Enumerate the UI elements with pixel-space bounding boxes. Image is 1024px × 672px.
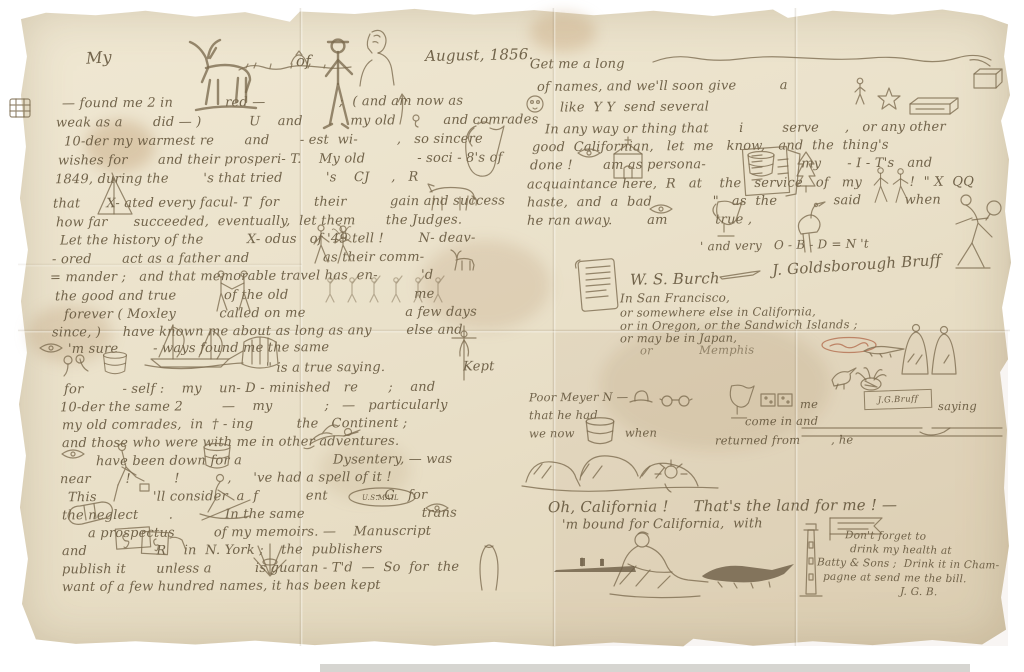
header-date: August, 1856. — [425, 45, 534, 65]
scroll-note-sketch-icon — [572, 254, 624, 318]
torso-sketch-icon — [472, 540, 506, 592]
standing-man-sketch-icon — [316, 36, 362, 142]
barrel-sketch-icon — [744, 150, 778, 180]
corn-sheaf-sketch-icon — [250, 538, 290, 580]
big-alligator-sketch-icon — [698, 560, 798, 588]
note-line: Poor Meyer N — — [529, 390, 628, 405]
bruff-stamp-label: J.G.Bruff — [878, 394, 919, 405]
schooner-sketch-icon — [143, 315, 245, 375]
walking-pair-sketch-icon — [866, 162, 916, 210]
pine-tree-sketch-icon — [793, 148, 819, 194]
address-line: In San Francisco, — [620, 291, 730, 306]
letter-line: for - self : my un- D - minished re ; an… — [64, 380, 435, 398]
letter-line: of names, and we'll soon give a — [537, 78, 788, 95]
pitcher-sketch-icon — [458, 118, 504, 184]
letter-line: and R in N. York ; the publishers — [62, 542, 383, 559]
star-sketch-icon — [876, 86, 902, 112]
crucifix-sketch-icon — [448, 322, 480, 384]
boy-figure-sketch-icon — [850, 76, 870, 106]
rowing-figure-sketch-icon — [194, 468, 256, 526]
corner-box-sketch-icon — [968, 66, 1004, 92]
letter-line: forever ( Moxley called on me a few days — [64, 305, 477, 323]
letter-photograph: My of August, 1856. — found me 2 in red … — [0, 0, 1024, 672]
spectacles-sketch-icon — [658, 392, 694, 408]
two-ladies-sketch-icon — [896, 318, 964, 382]
tent-sketch-icon — [92, 172, 137, 220]
flag-note-sketch-icon — [826, 514, 888, 542]
books-sketch-icon — [906, 92, 964, 120]
sprig-sketch-icon — [392, 88, 432, 128]
bruff-stamp-icon: J.G.Bruff — [864, 389, 933, 410]
canoe-line-sketch-icon — [800, 414, 1005, 442]
tennis-runner-sketch-icon — [936, 188, 1006, 272]
steamboat-sketch-icon — [552, 556, 640, 576]
hat-sketch-icon — [626, 386, 656, 406]
stork-sketch-icon — [783, 196, 827, 256]
small-deer-sketch-icon — [448, 248, 482, 276]
marching-soldiers-sketch-icon — [322, 274, 452, 304]
horse-sketch-icon — [420, 180, 486, 216]
handshake-sketch-icon — [208, 266, 258, 316]
note-line: me — [800, 397, 818, 411]
postscript-line: pagne at send me the bill. — [823, 571, 967, 586]
eye-sketch-icon — [60, 445, 86, 457]
long-line-flourish-icon — [650, 50, 995, 68]
letter-line: Get me a long — [530, 57, 625, 73]
eye-sketch-icon — [576, 144, 602, 156]
letter-line: Let the history of the X- odus of '49 te… — [60, 231, 476, 249]
angel-sketch-icon — [300, 418, 366, 458]
note-line: saying — [938, 399, 977, 413]
eye-sketch-icon — [424, 499, 450, 511]
address-line: W. S. Burch — [630, 269, 720, 289]
bee-sketch-icon — [330, 224, 356, 244]
flower-sketch-icon — [60, 352, 98, 378]
pen-sketch-icon — [718, 266, 762, 278]
money-banners-sketch-icon — [112, 520, 190, 562]
postscript-line: J. G. B. — [900, 586, 938, 599]
deer-sketch-icon — [180, 38, 268, 120]
us-mail-stamp-label: U.S.MAIL — [362, 494, 399, 502]
glove-sketch-icon — [64, 496, 116, 528]
photo-background-strip — [320, 664, 970, 672]
barrel-sketch-icon — [100, 350, 130, 378]
vertical-fold-crease — [552, 8, 556, 646]
ewer-sketch-icon — [710, 196, 744, 240]
rocks-sketch-icon — [520, 430, 720, 492]
sunflower-sketch-icon — [652, 458, 690, 492]
letter-line: 10-der my warmest re and - est wi- , so … — [64, 132, 483, 150]
letter-line: 10-der the same 2 — my ; — particularly — [60, 398, 448, 416]
church-sketch-icon — [606, 134, 650, 180]
lighthouse-sketch-icon — [796, 520, 824, 598]
eye-sketch-icon — [38, 339, 64, 351]
letter-line: - ored act as a father and as their comm… — [52, 250, 424, 268]
salutation: My — [85, 47, 112, 68]
dominoes-sketch-icon — [758, 390, 796, 410]
bag-sketch-icon — [238, 328, 282, 370]
address-line: or Memphis — [640, 343, 754, 358]
ewer-sketch-icon — [724, 380, 756, 422]
owl-sketch-icon — [522, 94, 548, 114]
postscript-line: drink my health at — [850, 543, 952, 557]
letter-line: like Y Y send several — [560, 99, 709, 115]
letter-line: wishes for and their prosperi- T. My old… — [58, 150, 503, 168]
cabinet-sketch-icon — [8, 96, 32, 120]
eye-sketch-icon — [648, 200, 674, 212]
letter-line: want of a few hundred names, it has been… — [62, 578, 381, 595]
